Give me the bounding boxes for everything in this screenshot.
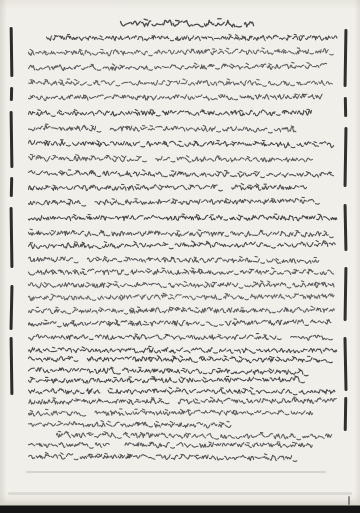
scan-artifact-mark: [344, 127, 348, 187]
scan-artifact-mark: [10, 111, 14, 168]
scanned-page: 亜衣&麻衣を振り返って・③あれで一冊で終わりだと思っていたところ、ファンサイト「…: [0, 0, 360, 513]
scan-artifact-mark: [10, 207, 14, 268]
scan-bottom-shading: [0, 499, 360, 506]
handwritten-line: やはり一番最初に浮かんだのは「姉妹プレイ」でした(!)。そうこう言った場所で何度…: [27, 211, 340, 224]
scan-artifact-mark: [10, 87, 13, 101]
handwriting-stroke: [27, 449, 303, 464]
handwritten-line: 強かったので、これはもう素直に皆様への感謝の意を表したいと思っています。: [27, 449, 303, 464]
scan-artifact-mark: [10, 285, 14, 330]
scan-artifact-mark: [344, 97, 347, 117]
scan-smudge: [26, 471, 326, 473]
paper: 亜衣&麻衣を振り返って・③あれで一冊で終わりだと思っていたところ、ファンサイト「…: [0, 0, 360, 513]
scan-artifact-mark: [344, 397, 348, 431]
handwriting-stroke: [27, 330, 340, 343]
handwritten-line: 出ませんでしたわ。この辺りは「宿題」のような形で今でも残しています。 その代わり…: [27, 330, 340, 343]
handwriting-stroke: [27, 166, 340, 181]
handwritten-line: XXでは厳密に言えば実現していないので、ぜひ同人にして再現させたい、といろいろな…: [27, 237, 340, 252]
handwritten-line: 調教されて、といったものでした。やはり「ど」ストレートな身体責めをせず、「ど」で…: [27, 136, 340, 151]
scan-edge-bar: [0, 506, 360, 513]
handwriting-stroke: [27, 211, 340, 224]
scan-artifact-mark: [10, 27, 14, 77]
handwritten-line: が入る予定はなく、なので、この時点で予定がだいぶ狂っていましたわ。その分、責めは…: [27, 76, 340, 89]
handwritten-line: 持っていくのは本当に難しい、と言うことに気付かされました。可能性があるとすれば、…: [27, 265, 340, 278]
scan-artifact-mark: [10, 177, 13, 197]
handwriting-stroke: [27, 265, 340, 278]
handwriting-stroke: [27, 289, 340, 304]
handwritten-line: 度胸をつけようと思ったのですね。 ただ、ずっと神夜が傍観している方だけなのも: [27, 151, 318, 166]
handwritten-line: あれで一冊で終わりだと思っていたところ、ファンサイト「天津姉妹ファンの部屋」の住…: [45, 31, 340, 44]
handwritten-line: 流れを考えましたわ。 責めの内容はやはり変態らしく、神夜がお茶に、徹底に: [27, 121, 303, 135]
handwritten-line: のアダルトシーンが最大の見所になるはずなのに悩まされた。最初の頃は童貞でいない: [27, 89, 326, 104]
handwritten-line: おかげで不死鳥のように亜衣&麻衣(…!)めでたく続編が刊行される運びになりました…: [27, 44, 340, 59]
handwritten-line: 模索しましたわ。 「どっちも一緒にして責めたい」と言う感じではあったのですが、: [27, 194, 326, 209]
handwritten-line: 入れ込むのは難しく、かなり強引に捻じ込まなければならず、なんて。それなら神夜が催…: [27, 289, 340, 304]
scan-smudge: [8, 492, 352, 495]
handwriting-stroke: [27, 89, 326, 104]
handwriting-stroke: [27, 180, 311, 194]
handwriting-stroke: [27, 315, 340, 330]
handwritten-line: どうかなーと思って、神夜自らが責める、と言う案にシフトしました。神夜がアクティブ…: [27, 166, 340, 181]
handwriting-stroke: [27, 106, 318, 119]
handwriting-stroke: [119, 14, 258, 31]
handwritten-line: 動くキャラだと言うのはこの時点で確定したと思います。 ここからいろんな案を: [27, 180, 311, 194]
scan-artifact-mark: [344, 29, 348, 87]
handwritten-line: 神夜に、姉妹が生贄として捧げられて、その後調教した神夜に責められる、と言った: [27, 106, 318, 119]
scan-artifact-mark: [344, 267, 348, 321]
scan-artifact-mark: [10, 337, 14, 395]
scan-artifact-mark: [343, 337, 347, 391]
handwritten-line: 使われて、と言った形でも実現できそうもないのかな、と…。いろいろと考えましたが、…: [27, 315, 340, 330]
handwriting-stroke: [27, 136, 340, 151]
handwriting-stroke: [27, 194, 326, 209]
handwriting-stroke: [27, 237, 340, 252]
handwriting-stroke: [45, 31, 340, 44]
handwriting-stroke: [27, 121, 303, 135]
handwriting-stroke: [27, 76, 340, 89]
handwriting-stroke: [27, 44, 340, 59]
scan-artifact-mark: [348, 496, 350, 505]
handwriting-stroke: [27, 59, 333, 74]
handwritten-line: 当初考えていたのは、最高でも二冊。前後編と言う形で、しかも前編にはアダルトシーン: [27, 59, 333, 74]
handwriting-stroke: [27, 151, 318, 166]
scan-artifact-mark: [344, 204, 348, 251]
page-title: 亜衣&麻衣を振り返って・③: [119, 14, 258, 31]
